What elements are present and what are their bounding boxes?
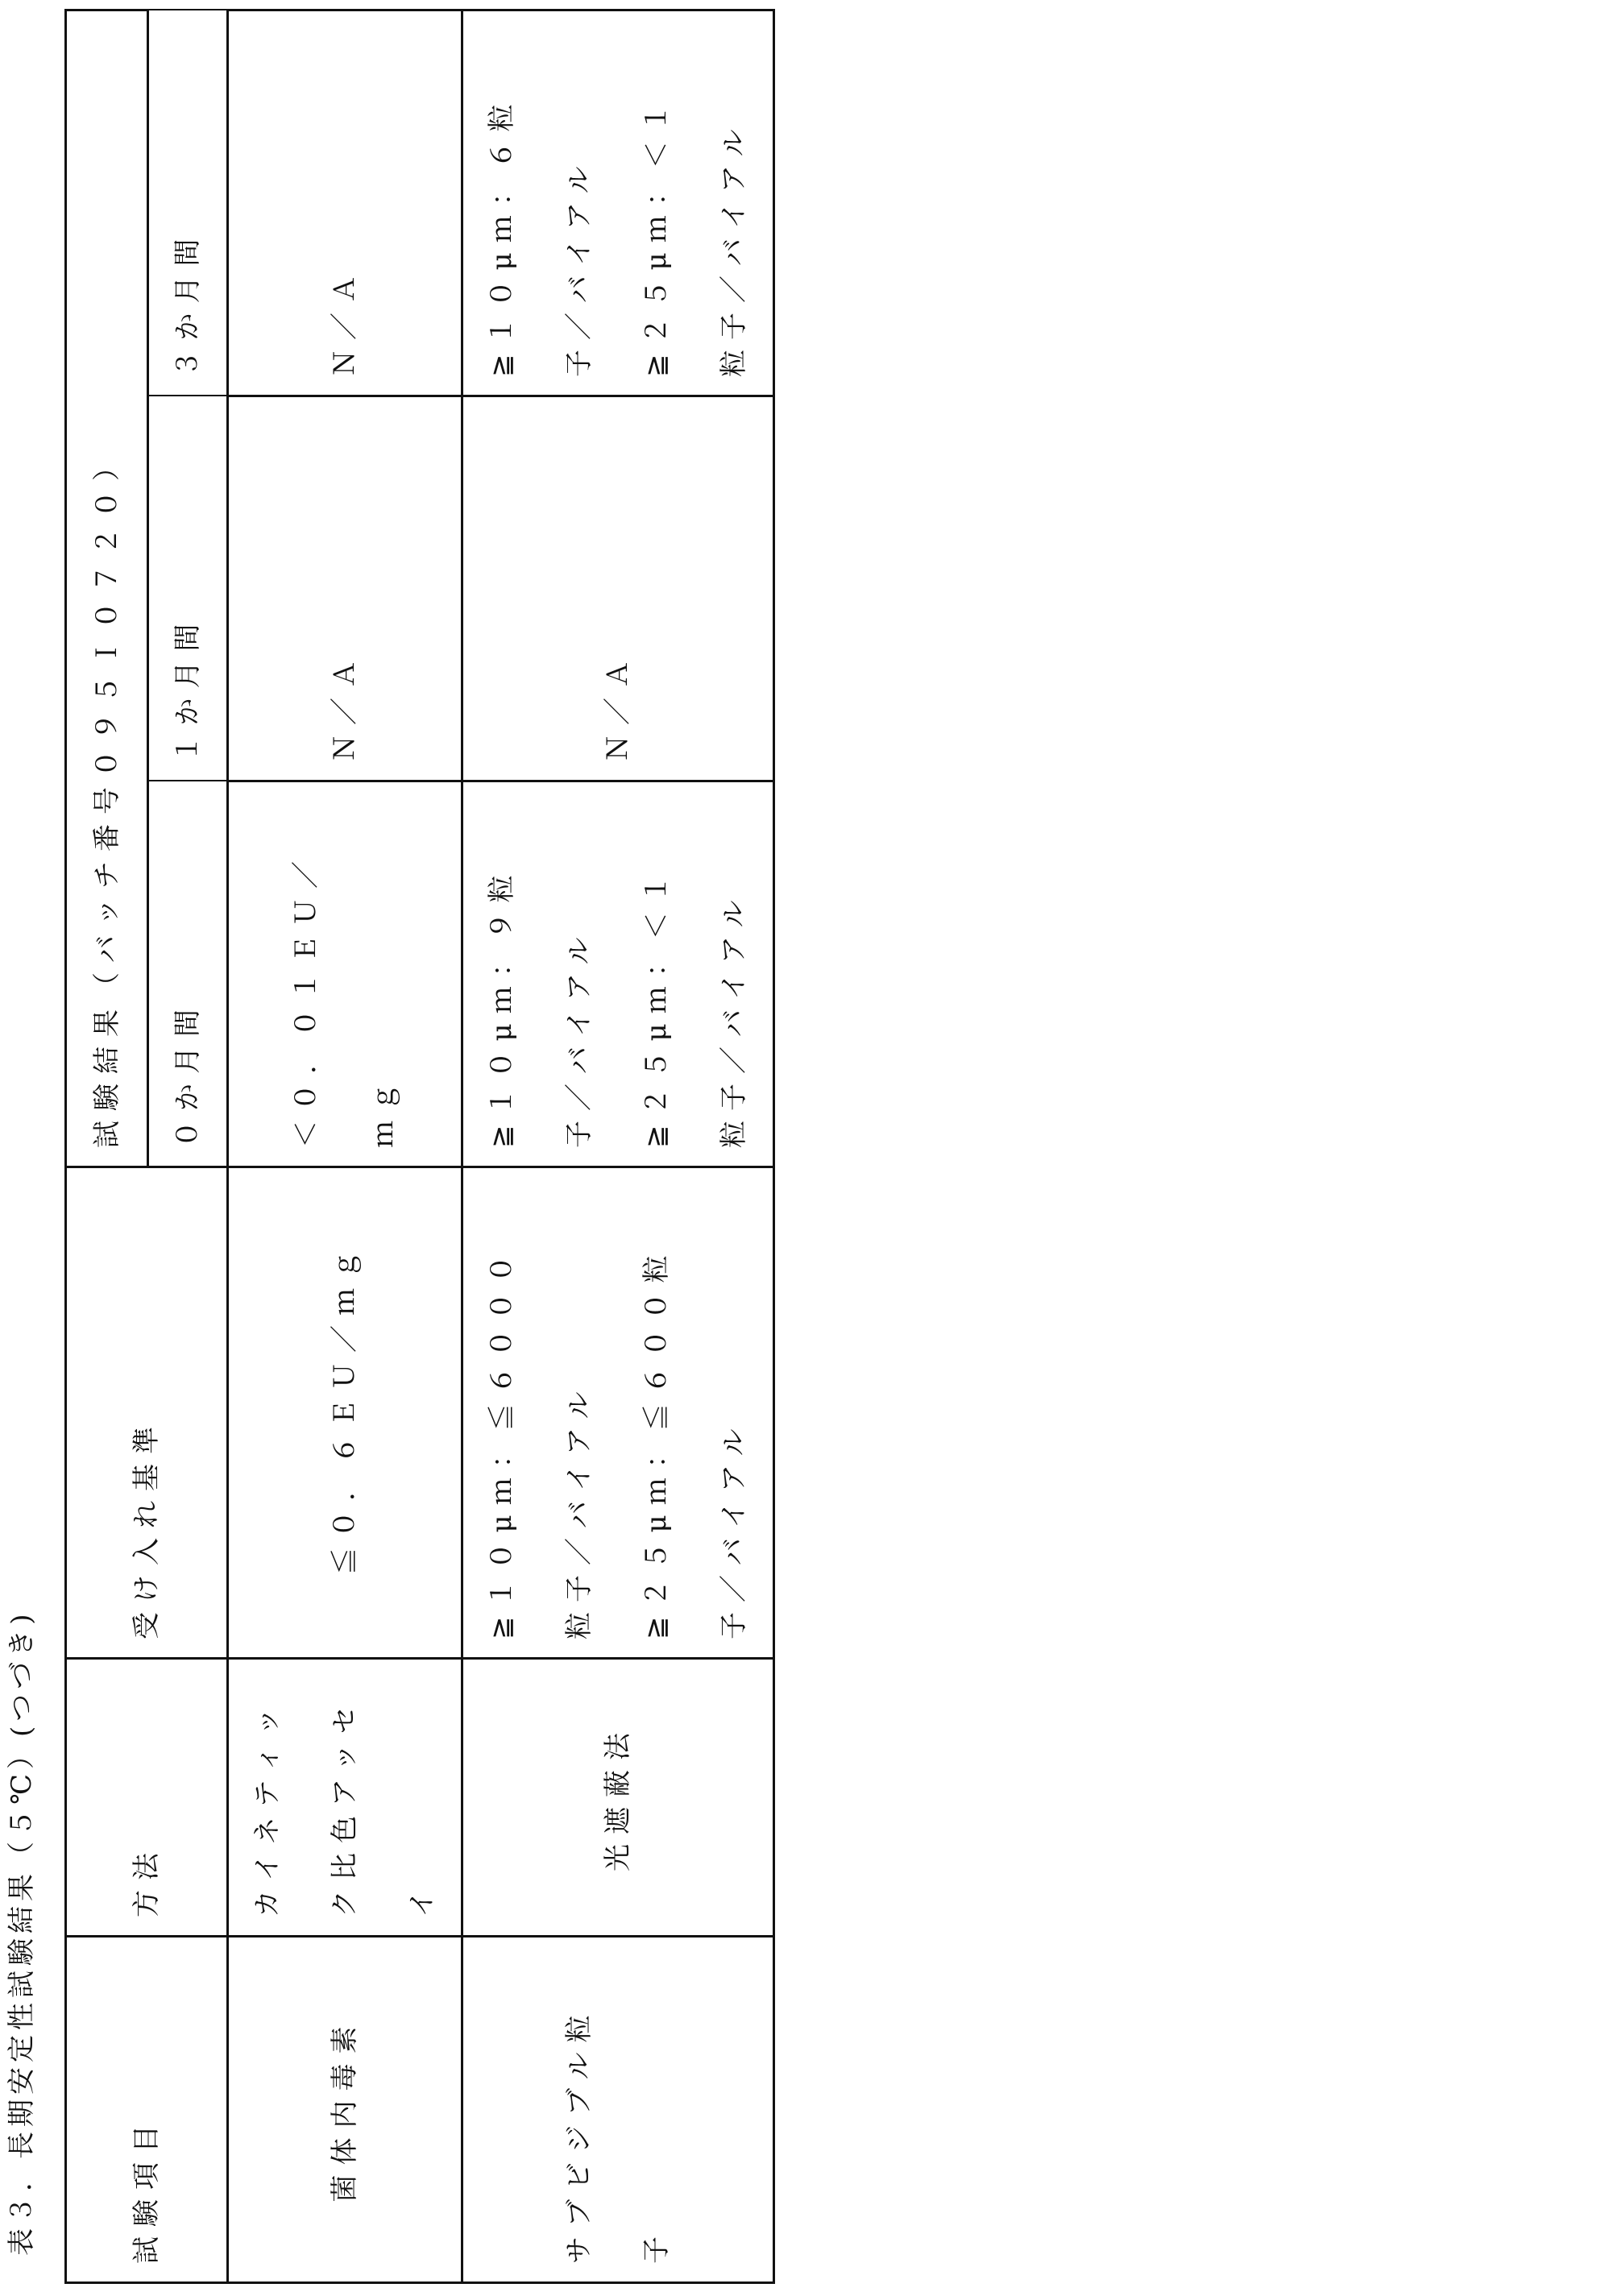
header-method: 方法: [66, 1659, 228, 1937]
test-item-line: サブビジブル粒: [541, 1955, 618, 2264]
cell-criteria: ≦０．６ＥＵ／ｍｇ: [228, 1167, 462, 1659]
criteria-line: 粒子／バイアル: [541, 1186, 618, 1639]
header-row: 試験項目 方法 受け入れ基準 試験結果（バッチ番号０９５Ｉ０７２０）: [66, 10, 148, 2283]
cell-result-month-0: ≧１０μｍ：９粒 子／バイアル ≧２５μｍ：＜１ 粒子／バイアル: [462, 781, 774, 1167]
cell-result-month-1: Ｎ／Ａ: [228, 396, 462, 781]
table-row-endotoxin: 菌体内毒素 カイネティッ ク比色アッセ イ ≦０．６ＥＵ／ｍｇ ＜０．０１ＥＵ／…: [228, 10, 462, 2283]
result-line: ≧２５μｍ：＜１: [618, 800, 695, 1148]
result-line: ≧１０μｍ：９粒: [463, 800, 541, 1148]
criteria-line: ≧１０μｍ：≦６０００: [463, 1186, 541, 1639]
cell-test-item: 菌体内毒素: [228, 1937, 462, 2283]
result-line: Ｎ／Ａ: [579, 415, 657, 762]
result-line: ＜０．０１ＥＵ／: [267, 800, 345, 1148]
criteria-line: ≧２５μｍ：≦６００粒: [618, 1186, 695, 1639]
cell-result-month-3: ≧１０μｍ：６粒 子／バイアル ≧２５μｍ：＜１ 粒子／バイアル: [462, 10, 774, 396]
result-line: ≧１０μｍ：６粒: [463, 29, 541, 377]
result-line: 子／バイアル: [541, 29, 618, 377]
table-row-subvisible-particles: サブビジブル粒 子 光遮蔽法 ≧１０μｍ：≦６０００ 粒子／バイアル ≧２５μｍ…: [462, 10, 774, 2283]
table-title: 表３．長期安定性試験結果（５℃）(つづき): [2, 1208, 42, 2256]
cell-result-month-3: Ｎ／Ａ: [228, 10, 462, 396]
stability-results-table: 試験項目 方法 受け入れ基準 試験結果（バッチ番号０９５Ｉ０７２０） ０か月間 …: [64, 9, 775, 2284]
result-line: ≧２５μｍ：＜１: [618, 29, 695, 377]
cell-test-item: サブビジブル粒 子: [462, 1937, 774, 2283]
header-month-0: ０か月間: [148, 781, 228, 1167]
method-line: 光遮蔽法: [602, 1723, 634, 1871]
result-line: 粒子／バイアル: [695, 29, 773, 377]
cell-result-month-1: Ｎ／Ａ: [462, 396, 774, 781]
cell-result-month-0: ＜０．０１ＥＵ／ ｍｇ: [228, 781, 462, 1167]
header-acceptance-criteria: 受け入れ基準: [66, 1167, 228, 1659]
method-line: イ: [384, 1677, 461, 1917]
stability-results-table-container: 試験項目 方法 受け入れ基準 試験結果（バッチ番号０９５Ｉ０７２０） ０か月間 …: [64, 11, 767, 2284]
test-item-line: 子: [618, 1955, 695, 2264]
method-line: ク比色アッセ: [306, 1677, 384, 1917]
criteria-line: ≦０．６ＥＵ／ｍｇ: [306, 1186, 384, 1639]
result-line: 子／バイアル: [541, 800, 618, 1148]
header-month-1: １か月間: [148, 396, 228, 781]
header-results-group: 試験結果（バッチ番号０９５Ｉ０７２０）: [66, 10, 148, 1167]
header-test-item: 試験項目: [66, 1937, 228, 2283]
cell-method: カイネティッ ク比色アッセ イ: [228, 1659, 462, 1937]
header-month-3: ３か月間: [148, 10, 228, 396]
result-line: 粒子／バイアル: [695, 800, 773, 1148]
test-item-label: 菌体内毒素: [329, 2017, 361, 2203]
criteria-line: 子／バイアル: [695, 1186, 773, 1639]
method-line: カイネティッ: [229, 1677, 306, 1917]
result-line: Ｎ／Ａ: [306, 415, 384, 762]
result-line: Ｎ／Ａ: [306, 29, 384, 377]
result-line: ｍｇ: [345, 800, 422, 1148]
cell-criteria: ≧１０μｍ：≦６０００ 粒子／バイアル ≧２５μｍ：≦６００粒 子／バイアル: [462, 1167, 774, 1659]
cell-method: 光遮蔽法: [462, 1659, 774, 1937]
